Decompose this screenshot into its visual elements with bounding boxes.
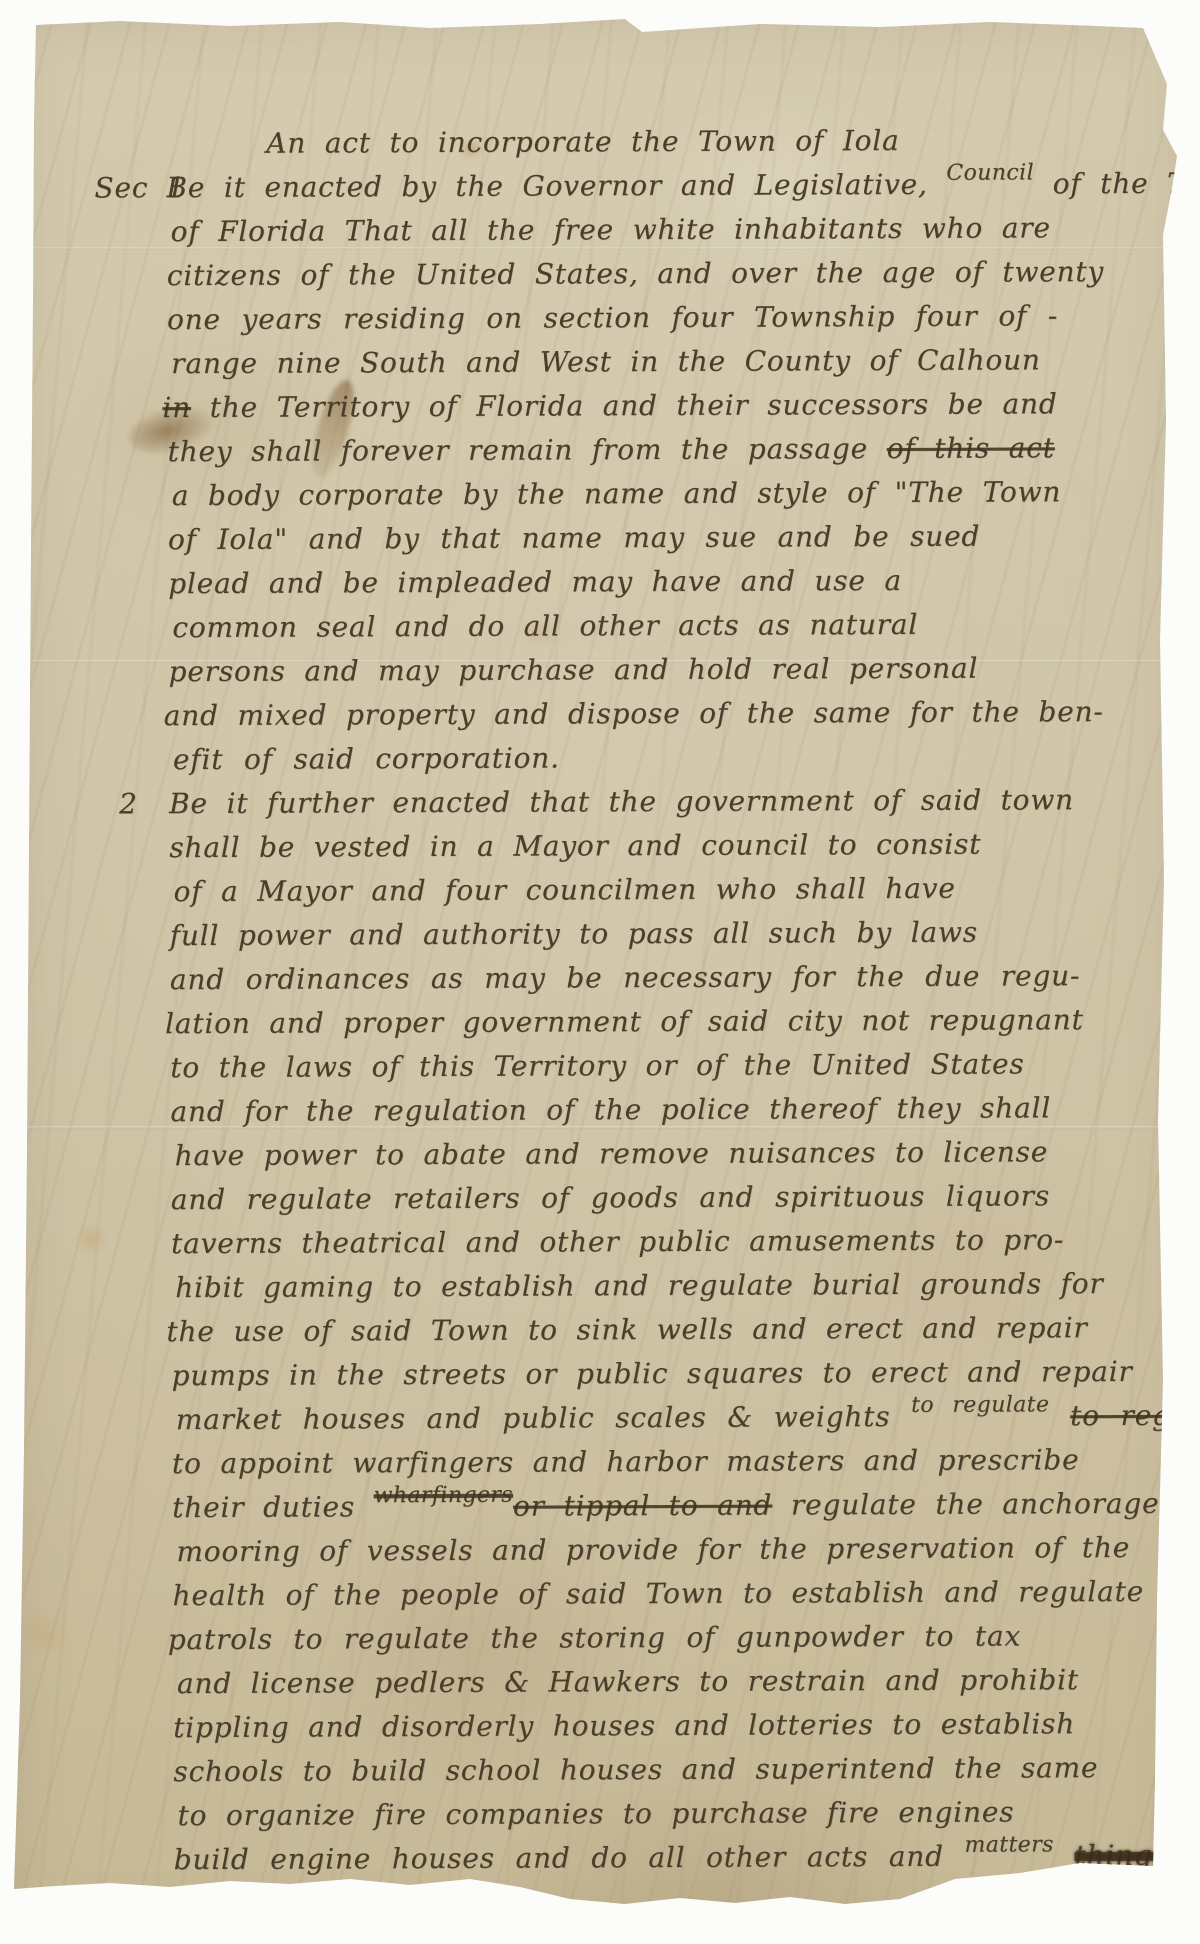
scan-background: An act to incorporate the Town of IolaSe… [0, 0, 1200, 1944]
paper-edge-shading [0, 0, 1200, 1944]
manuscript-paper: An act to incorporate the Town of IolaSe… [0, 0, 1200, 1944]
